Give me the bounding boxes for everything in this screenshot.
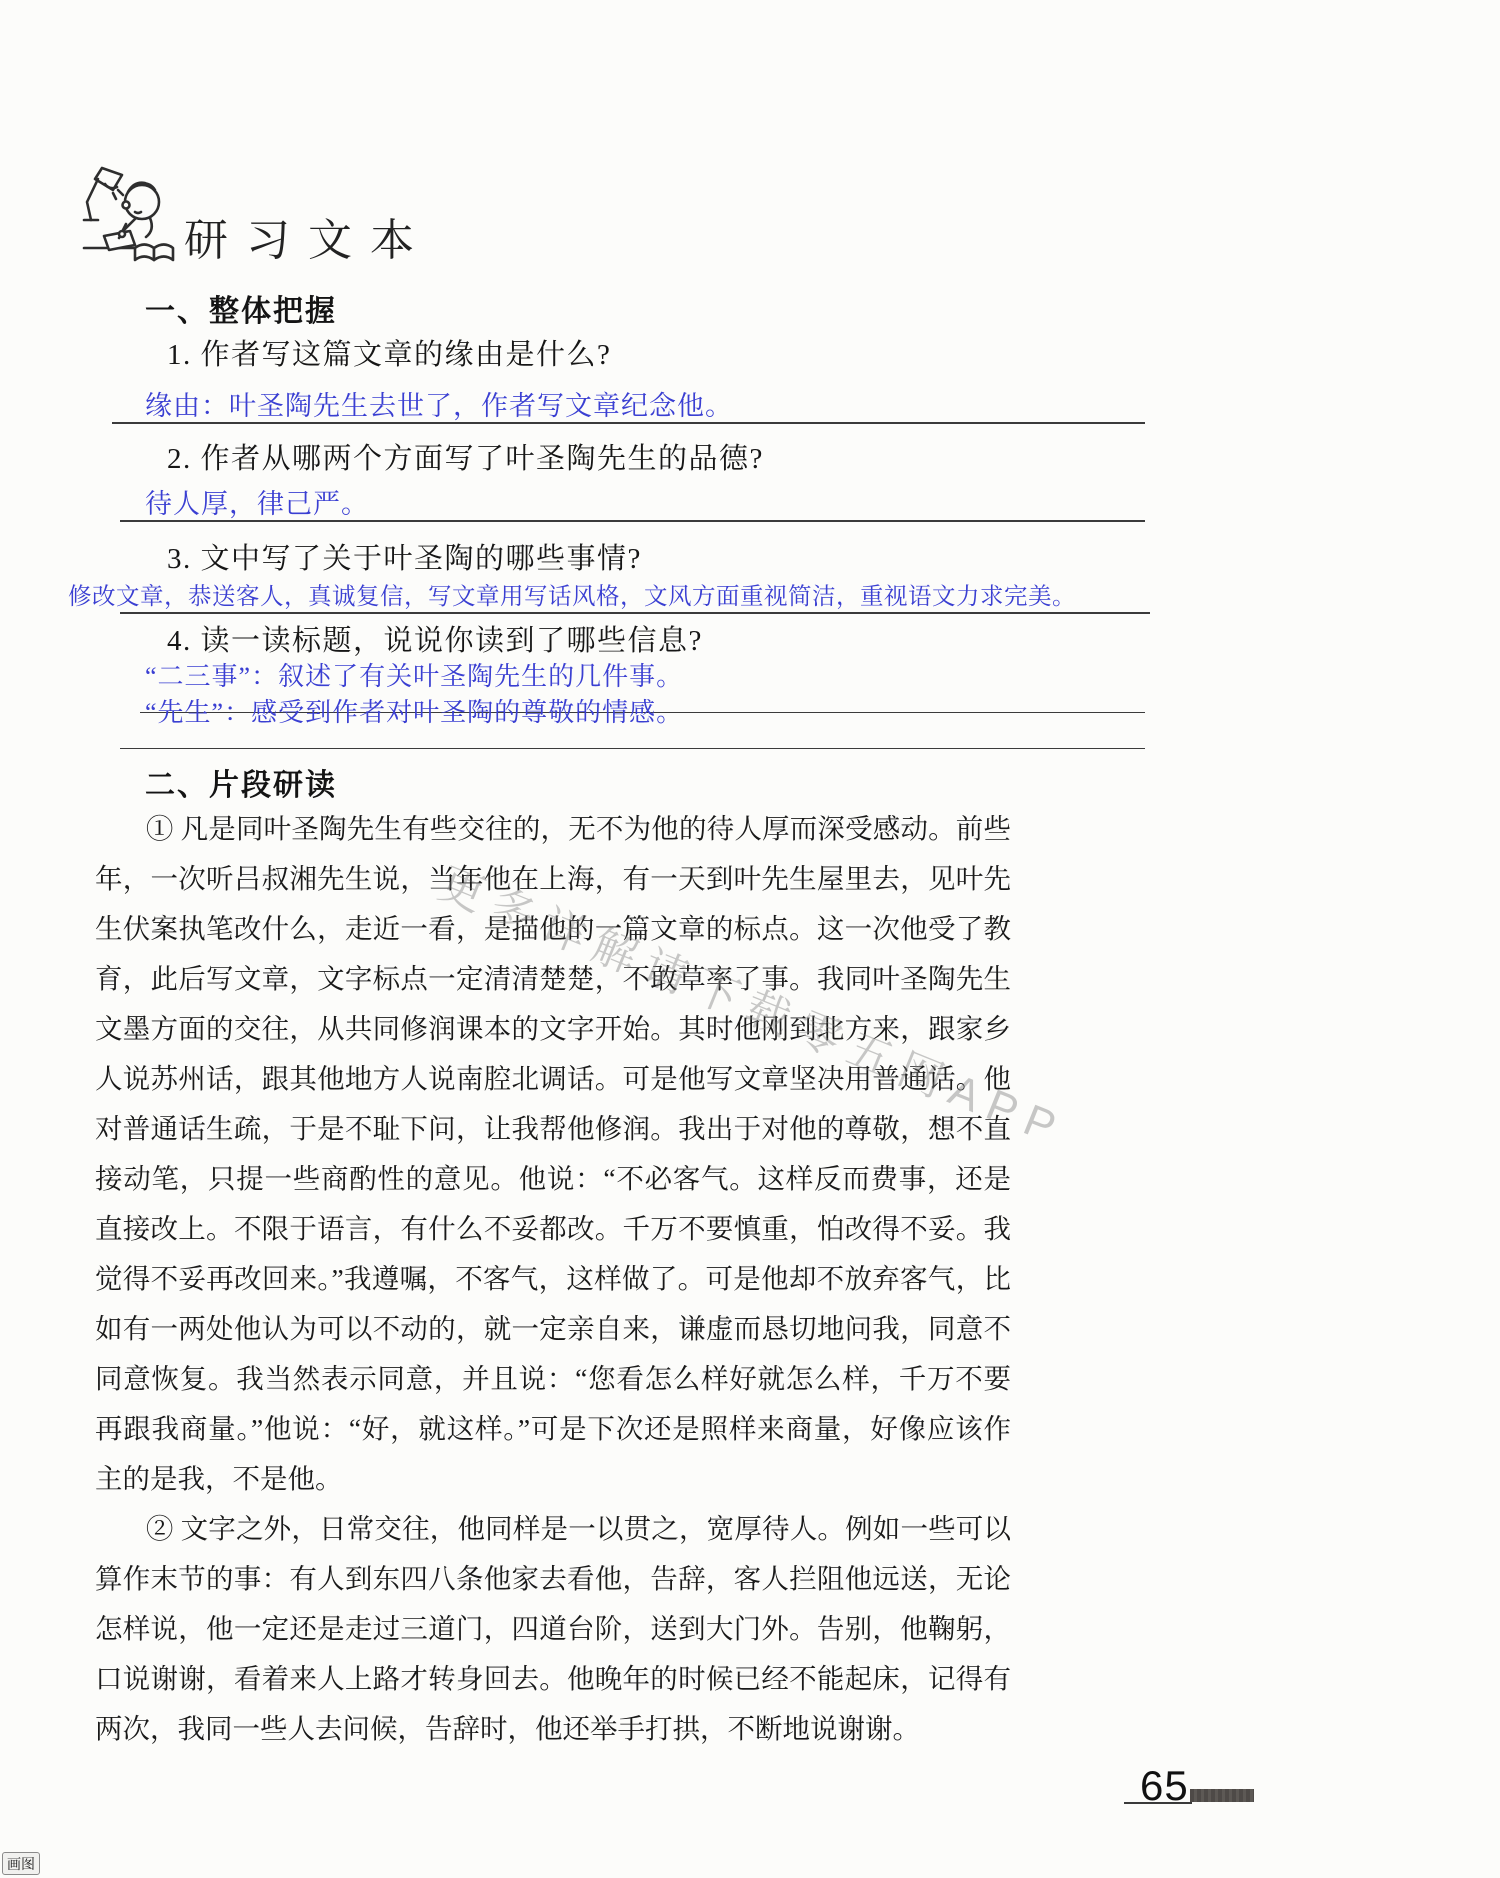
section-1-heading: 一、整体把握 xyxy=(145,286,337,330)
answer-2: 待人厚，律己严。 xyxy=(145,482,369,521)
page-number-bar xyxy=(1190,1789,1254,1802)
answer-4-line-1: “二三事”：叙述了有关叶圣陶先生的几件事。 xyxy=(145,656,683,693)
answer-rule-line-5 xyxy=(120,748,1145,749)
question-4: 4. 读一读标题，说说你读到了哪些信息? xyxy=(167,618,703,659)
question-3: 3. 文中写了关于叶圣陶的哪些事情? xyxy=(167,536,642,577)
passage-text: ① 凡是同叶圣陶先生有些交往的，无不为他的待人厚而深受感动。前些年，一次听吕叔湘… xyxy=(95,804,1011,1754)
page-number-underline xyxy=(1124,1802,1192,1804)
student-writing-lamp-icon xyxy=(80,160,180,268)
draw-tool-button[interactable]: 画图 xyxy=(2,1852,40,1875)
answer-rule-line-3 xyxy=(120,612,1150,614)
passage-paragraph-2: ② 文字之外，日常交往，他同样是一以贯之，宽厚待人。例如一些可以算作末节的事：有… xyxy=(95,1504,1011,1754)
passage-paragraph-1: ① 凡是同叶圣陶先生有些交往的，无不为他的待人厚而深受感动。前些年，一次听吕叔湘… xyxy=(95,804,1011,1504)
answer-1: 缘由：叶圣陶先生去世了，作者写文章纪念他。 xyxy=(145,384,733,423)
answer-3: 修改文章，恭送客人，真诚复信，写文章用写话风格，文风方面重视简洁，重视语文力求完… xyxy=(68,577,1076,611)
answer-4-line-2: “先生”：感受到作者对叶圣陶的尊敬的情感。 xyxy=(145,692,683,729)
page-title: 研习文本 xyxy=(184,204,432,268)
question-2: 2. 作者从哪两个方面写了叶圣陶先生的品德? xyxy=(167,436,764,477)
workbook-page: 研习文本 一、整体把握 1. 作者写这篇文章的缘由是什么? 缘由：叶圣陶先生去世… xyxy=(0,0,1500,1878)
question-1: 1. 作者写这篇文章的缘由是什么? xyxy=(167,332,611,373)
section-2-heading: 二、片段研读 xyxy=(145,760,337,804)
